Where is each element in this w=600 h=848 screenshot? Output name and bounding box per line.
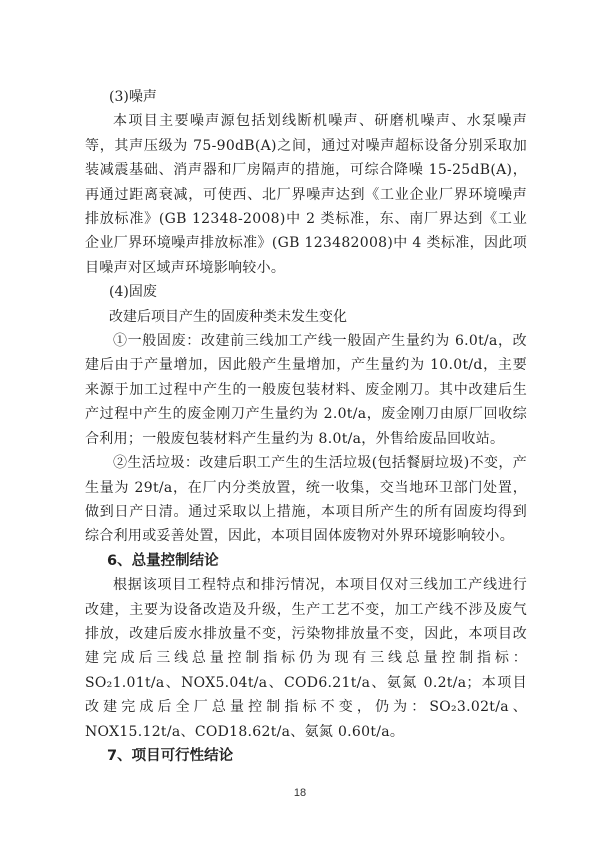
heading-total-control: 6、总量控制结论 — [85, 549, 527, 573]
document-page: (3)噪声 本项目主要噪声源包括划线断机噪声、研磨机噪声、水泵噪声等，其声压级为… — [0, 0, 600, 848]
heading-feasibility: 7、项目可行性结论 — [85, 744, 527, 768]
page-number: 18 — [0, 787, 600, 799]
paragraph-solid-waste-intro: 改建后项目产生的固废种类未发生变化 — [85, 305, 527, 329]
subheading-solid-waste: (4)固废 — [85, 280, 527, 304]
paragraph-noise: 本项目主要噪声源包括划线断机噪声、研磨机噪声、水泵噪声等，其声压级为 75-90… — [85, 109, 527, 280]
paragraph-domestic-waste: ②生活垃圾：改建后职工产生的生活垃圾(包括餐厨垃圾)不变，产生量为 29t/a，… — [85, 451, 527, 549]
page-content: (3)噪声 本项目主要噪声源包括划线断机噪声、研磨机噪声、水泵噪声等，其声压级为… — [85, 85, 527, 768]
subheading-noise: (3)噪声 — [85, 85, 527, 109]
paragraph-general-solid-waste: ①一般固废：改建前三线加工产线一般固产生量约为 6.0t/a，改建后由于产量增加… — [85, 329, 527, 451]
paragraph-total-control: 根据该项目工程特点和排污情况，本项目仅对三线加工产线进行改建，主要为设备改造及升… — [85, 573, 527, 744]
